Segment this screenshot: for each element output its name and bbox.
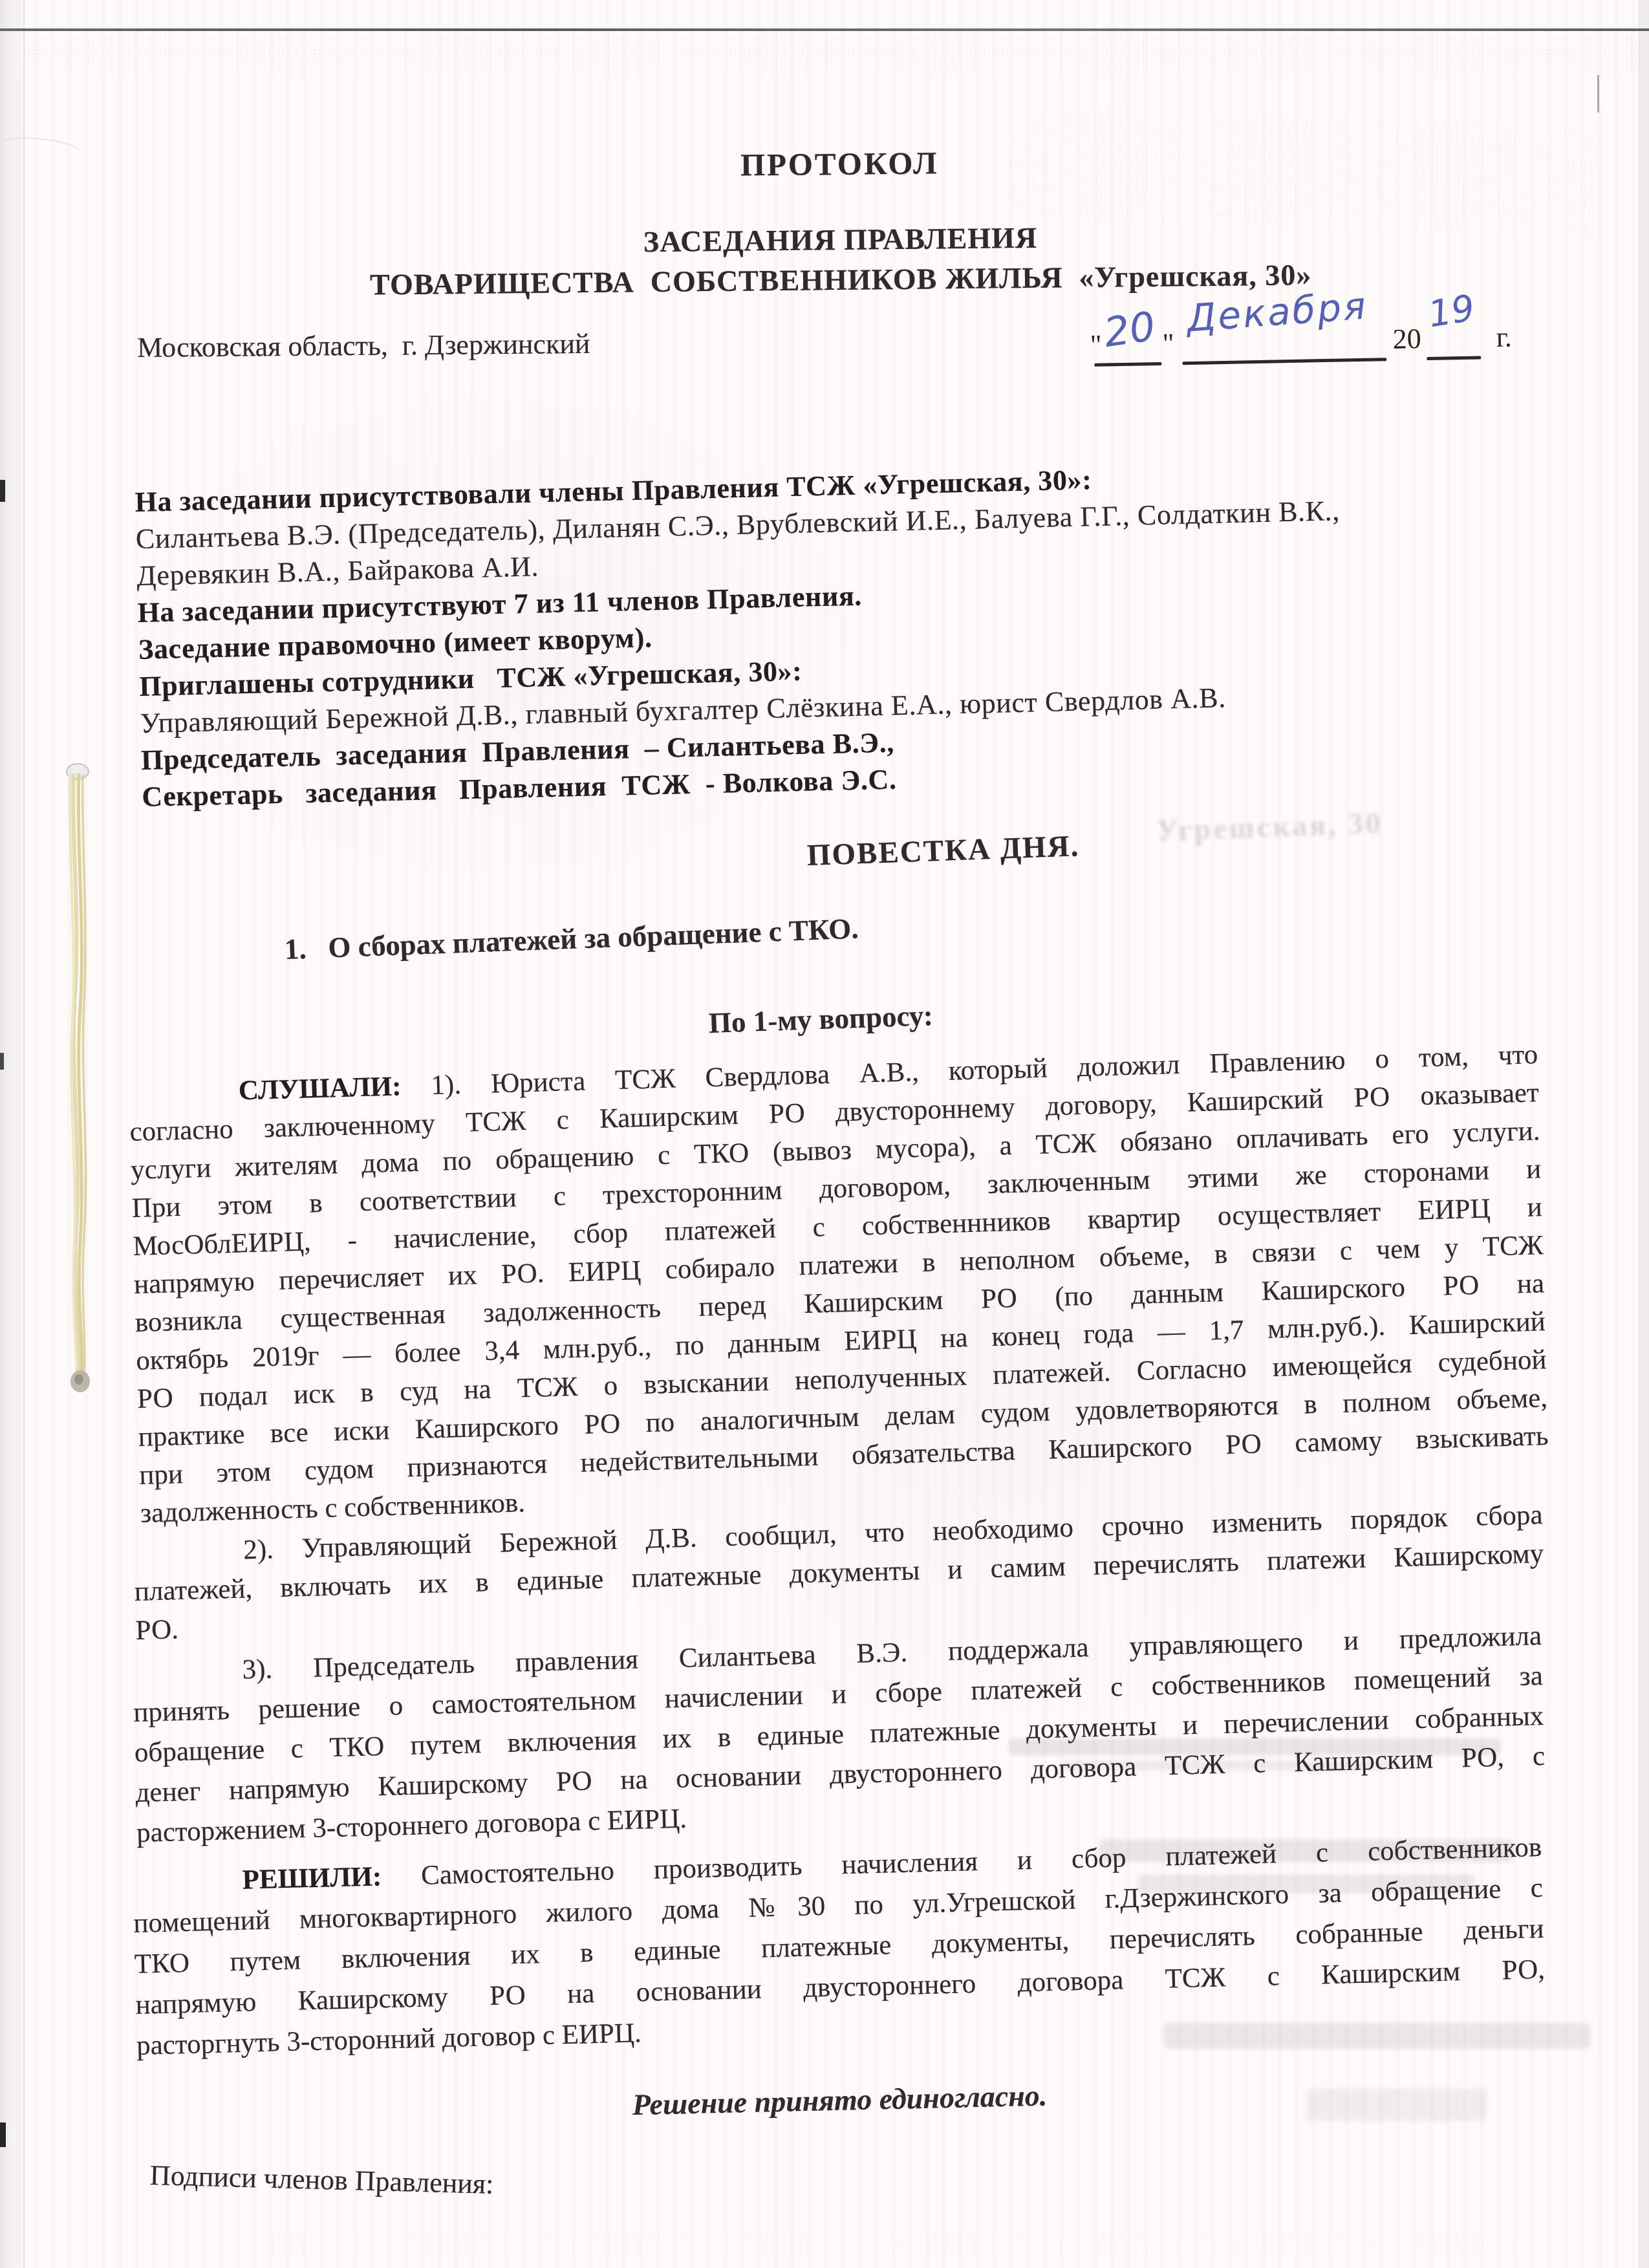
date-close-quote: " [1162,327,1174,360]
scanned-protocol-page: Угрешская, 30 ПРОТОКОЛ ЗАСЕДАНИЯ ПРАВЛЕН… [0,0,1649,2268]
binding-thread-artifact [54,762,100,1402]
page-left-edge-shading [0,0,25,2268]
handwritten-year: 19 [1425,287,1478,336]
place-line: Московская область, г. Дзержинский [137,327,590,364]
slushali-label: СЛУШАЛИ: [238,1071,402,1106]
agenda-item-1: 1. О сборах платежей за обращение с ТКО. [284,911,859,966]
point3-paragraph: 3). Председатель правления Силантьева В.… [132,1616,1546,1853]
reshili-lines: помещений многоквартирного жилого дома №… [133,1868,1547,2066]
left-edge-dark-mark [0,2122,6,2147]
slushali-paragraph: СЛУШАЛИ: 1). Юриста ТСЖ Свердлова А.В., … [128,1035,1550,1533]
question-1-heading: По 1-му вопросу: [708,999,933,1040]
attendees-block: На заседании присутствовали члены Правле… [135,449,1584,815]
signatures-label: Подписи членов Правления: [149,2159,494,2201]
slushali-lines: согласно заключенному ТСЖ с Каширским РО… [129,1074,1550,1533]
date-block: " 20 " Декабря 20 19 г. [1090,294,1531,400]
date-open-quote: " [1090,329,1102,362]
year-prefix: 20 [1392,322,1421,356]
year-label: г. [1496,320,1512,353]
page-right-edge-shading [1639,0,1649,2268]
document-content: ПРОТОКОЛ ЗАСЕДАНИЯ ПРАВЛЕНИЯ ТОВАРИЩЕСТВ… [135,0,1544,2268]
date-blank-underline [1427,356,1481,360]
left-edge-dark-mark [0,1053,4,1070]
handwritten-day: 20 [1101,303,1158,356]
date-blank-underline [1094,362,1161,367]
agenda-heading: ПОВЕСТКА ДНЯ. [806,828,1080,873]
resolution-note: Решение принято единогласно. [632,2078,1047,2122]
reshili-label: РЕШИЛИ: [242,1861,382,1895]
scan-right-edge-mark [1597,75,1599,113]
scan-scratch-mark [0,133,85,167]
date-blank-underline [1182,358,1386,365]
document-title-block: ПРОТОКОЛ ЗАСЕДАНИЯ ПРАВЛЕНИЯ ТОВАРИЩЕСТВ… [135,138,1546,308]
reshili-paragraph: РЕШИЛИ: Самостоятельно производить начис… [132,1827,1546,2066]
left-edge-dark-mark [0,480,5,502]
